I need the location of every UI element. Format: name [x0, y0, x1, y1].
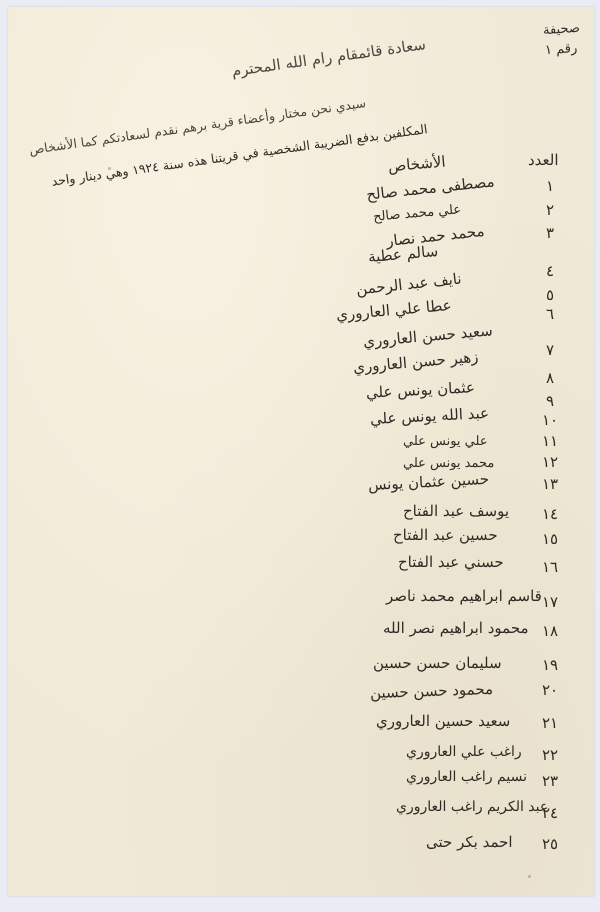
entry-number: ١٥	[535, 532, 565, 547]
entry-name: سالم عطية	[367, 244, 438, 265]
entry-name: مصطفى محمد صالح	[366, 174, 496, 202]
entry-name: زهير حسن العاروري	[353, 350, 479, 376]
entry-number: ١٣	[535, 477, 565, 492]
entry-number: ١	[535, 179, 565, 194]
entry-name: نايف عبد الرحمن	[356, 272, 463, 298]
paper-speck	[108, 167, 111, 170]
entry-name: احمد بكر حتى	[426, 835, 513, 850]
entry-number: ٦	[535, 307, 565, 322]
entry-number: ١٢	[535, 455, 565, 470]
entry-name: سعيد حسن العاروري	[363, 323, 494, 349]
entry-name: محمود حسن حسين	[370, 682, 493, 701]
document-page: صحيفة رقم ١ سعادة قائمقام رام الله المحت…	[8, 7, 594, 896]
entry-number: ٢٣	[535, 774, 565, 789]
entry-number: ٢	[535, 203, 565, 218]
entry-number: ٢٠	[535, 683, 565, 698]
entry-name: نسيم راغب العاروري	[406, 770, 527, 784]
entry-name: حسين عبد الفتاح	[393, 528, 498, 543]
entry-number: ٤	[535, 264, 565, 279]
entry-name: حسين عثمان يونس	[368, 472, 490, 493]
entry-name: عطا علي العاروري	[336, 298, 453, 323]
entry-number: ٥	[535, 288, 565, 303]
page-label: صحيفة	[543, 22, 581, 38]
entry-number: ٨	[535, 371, 565, 386]
entry-number: ١٩	[535, 658, 565, 673]
entry-number: ٩	[535, 394, 565, 409]
entry-number: ١١	[535, 434, 565, 449]
entry-number: ٧	[535, 343, 565, 358]
entry-number: ٢٥	[535, 837, 565, 852]
entry-name: يوسف عبد الفتاح	[403, 504, 509, 519]
entry-name: حسني عبد الفتاح	[398, 555, 504, 570]
page-number: رقم ١	[545, 42, 578, 57]
entry-name: عثمان يونس علي	[366, 380, 476, 401]
entry-name: عبد الله يونس علي	[370, 406, 490, 427]
entry-number: ١٦	[535, 560, 565, 575]
paper-speck	[528, 875, 531, 878]
entry-number: ١٨	[535, 624, 565, 639]
entry-name: راغب علي العاروري	[406, 745, 522, 759]
column-header-persons: الأشخاص	[387, 155, 446, 175]
entry-number: ٢١	[535, 716, 565, 731]
entry-name: سليمان حسن حسين	[373, 656, 502, 671]
entry-number: ١٤	[535, 507, 565, 522]
entry-name: سعيد حسين العاروري	[376, 714, 510, 729]
entry-number: ١٠	[535, 413, 565, 428]
entry-number: ٣	[535, 226, 565, 241]
entry-name: محمد يونس علي	[403, 457, 494, 470]
entry-name: علي يونس علي	[403, 435, 488, 448]
addressee: سعادة قائمقام رام الله المحترم	[231, 37, 427, 79]
entry-name: عبد الكريم راغب العاروري	[396, 800, 548, 814]
entry-number: ٢٢	[535, 748, 565, 763]
entry-name: قاسم ابراهيم محمد ناصر	[386, 589, 542, 604]
column-header-count: العدد	[528, 153, 559, 168]
entry-name: علي محمد صالح	[373, 203, 462, 224]
entry-name: محمود ابراهيم نصر الله	[383, 621, 529, 636]
